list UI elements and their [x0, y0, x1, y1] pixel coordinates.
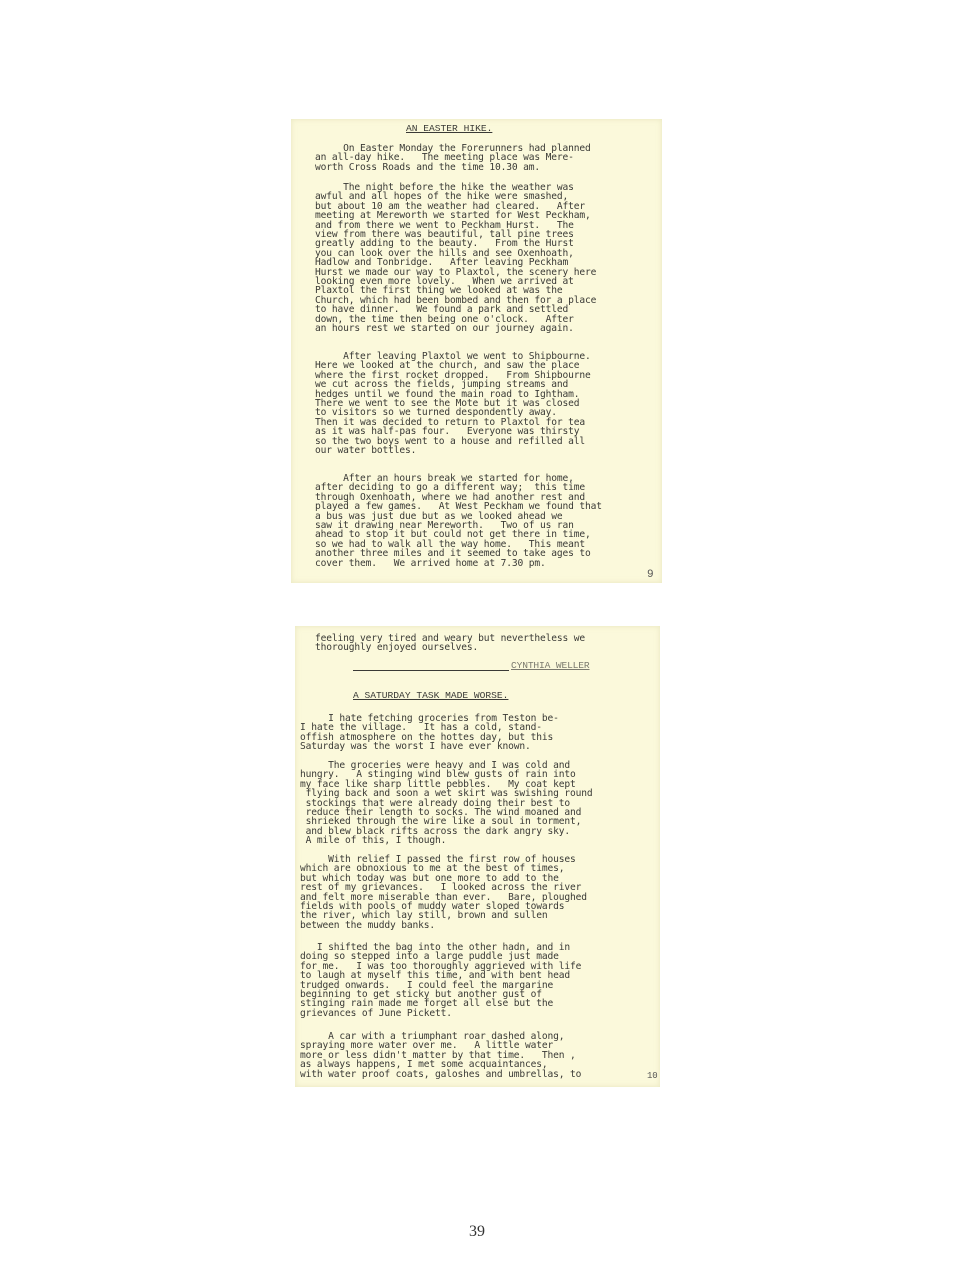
author-signature: CYNTHIA WELLER — [511, 661, 590, 670]
page-margin-mark: 9 — [647, 571, 653, 580]
signature-line — [353, 670, 509, 671]
paragraph: The groceries were heavy and I was cold … — [300, 761, 593, 846]
paragraph: The night before the hike the weather wa… — [315, 183, 596, 334]
paragraph: On Easter Monday the Forerunners had pla… — [315, 144, 591, 172]
paragraph: A car with a triumphant roar dashed alon… — [300, 1032, 581, 1079]
page-margin-mark: 10 — [647, 1072, 658, 1081]
scanned-page-easter-hike: AN EASTER HIKE. On Easter Monday the For… — [291, 119, 662, 583]
story-title: AN EASTER HIKE. — [406, 124, 492, 133]
paragraph: With relief I passed the first row of ho… — [300, 855, 587, 930]
paragraph: I hate fetching groceries from Teston be… — [300, 714, 559, 752]
continuation-text: feeling very tired and weary but neverth… — [315, 634, 585, 653]
scanned-page-saturday-task: feeling very tired and weary but neverth… — [295, 626, 660, 1087]
paragraph: After leaving Plaxtol we went to Shipbou… — [315, 352, 591, 455]
page-number: 39 — [0, 1223, 954, 1241]
paragraph: I shifted the bag into the other hadn, a… — [300, 943, 581, 1018]
story-title: A SATURDAY TASK MADE WORSE. — [353, 691, 508, 700]
paragraph: After an hours break we started for home… — [315, 474, 602, 568]
